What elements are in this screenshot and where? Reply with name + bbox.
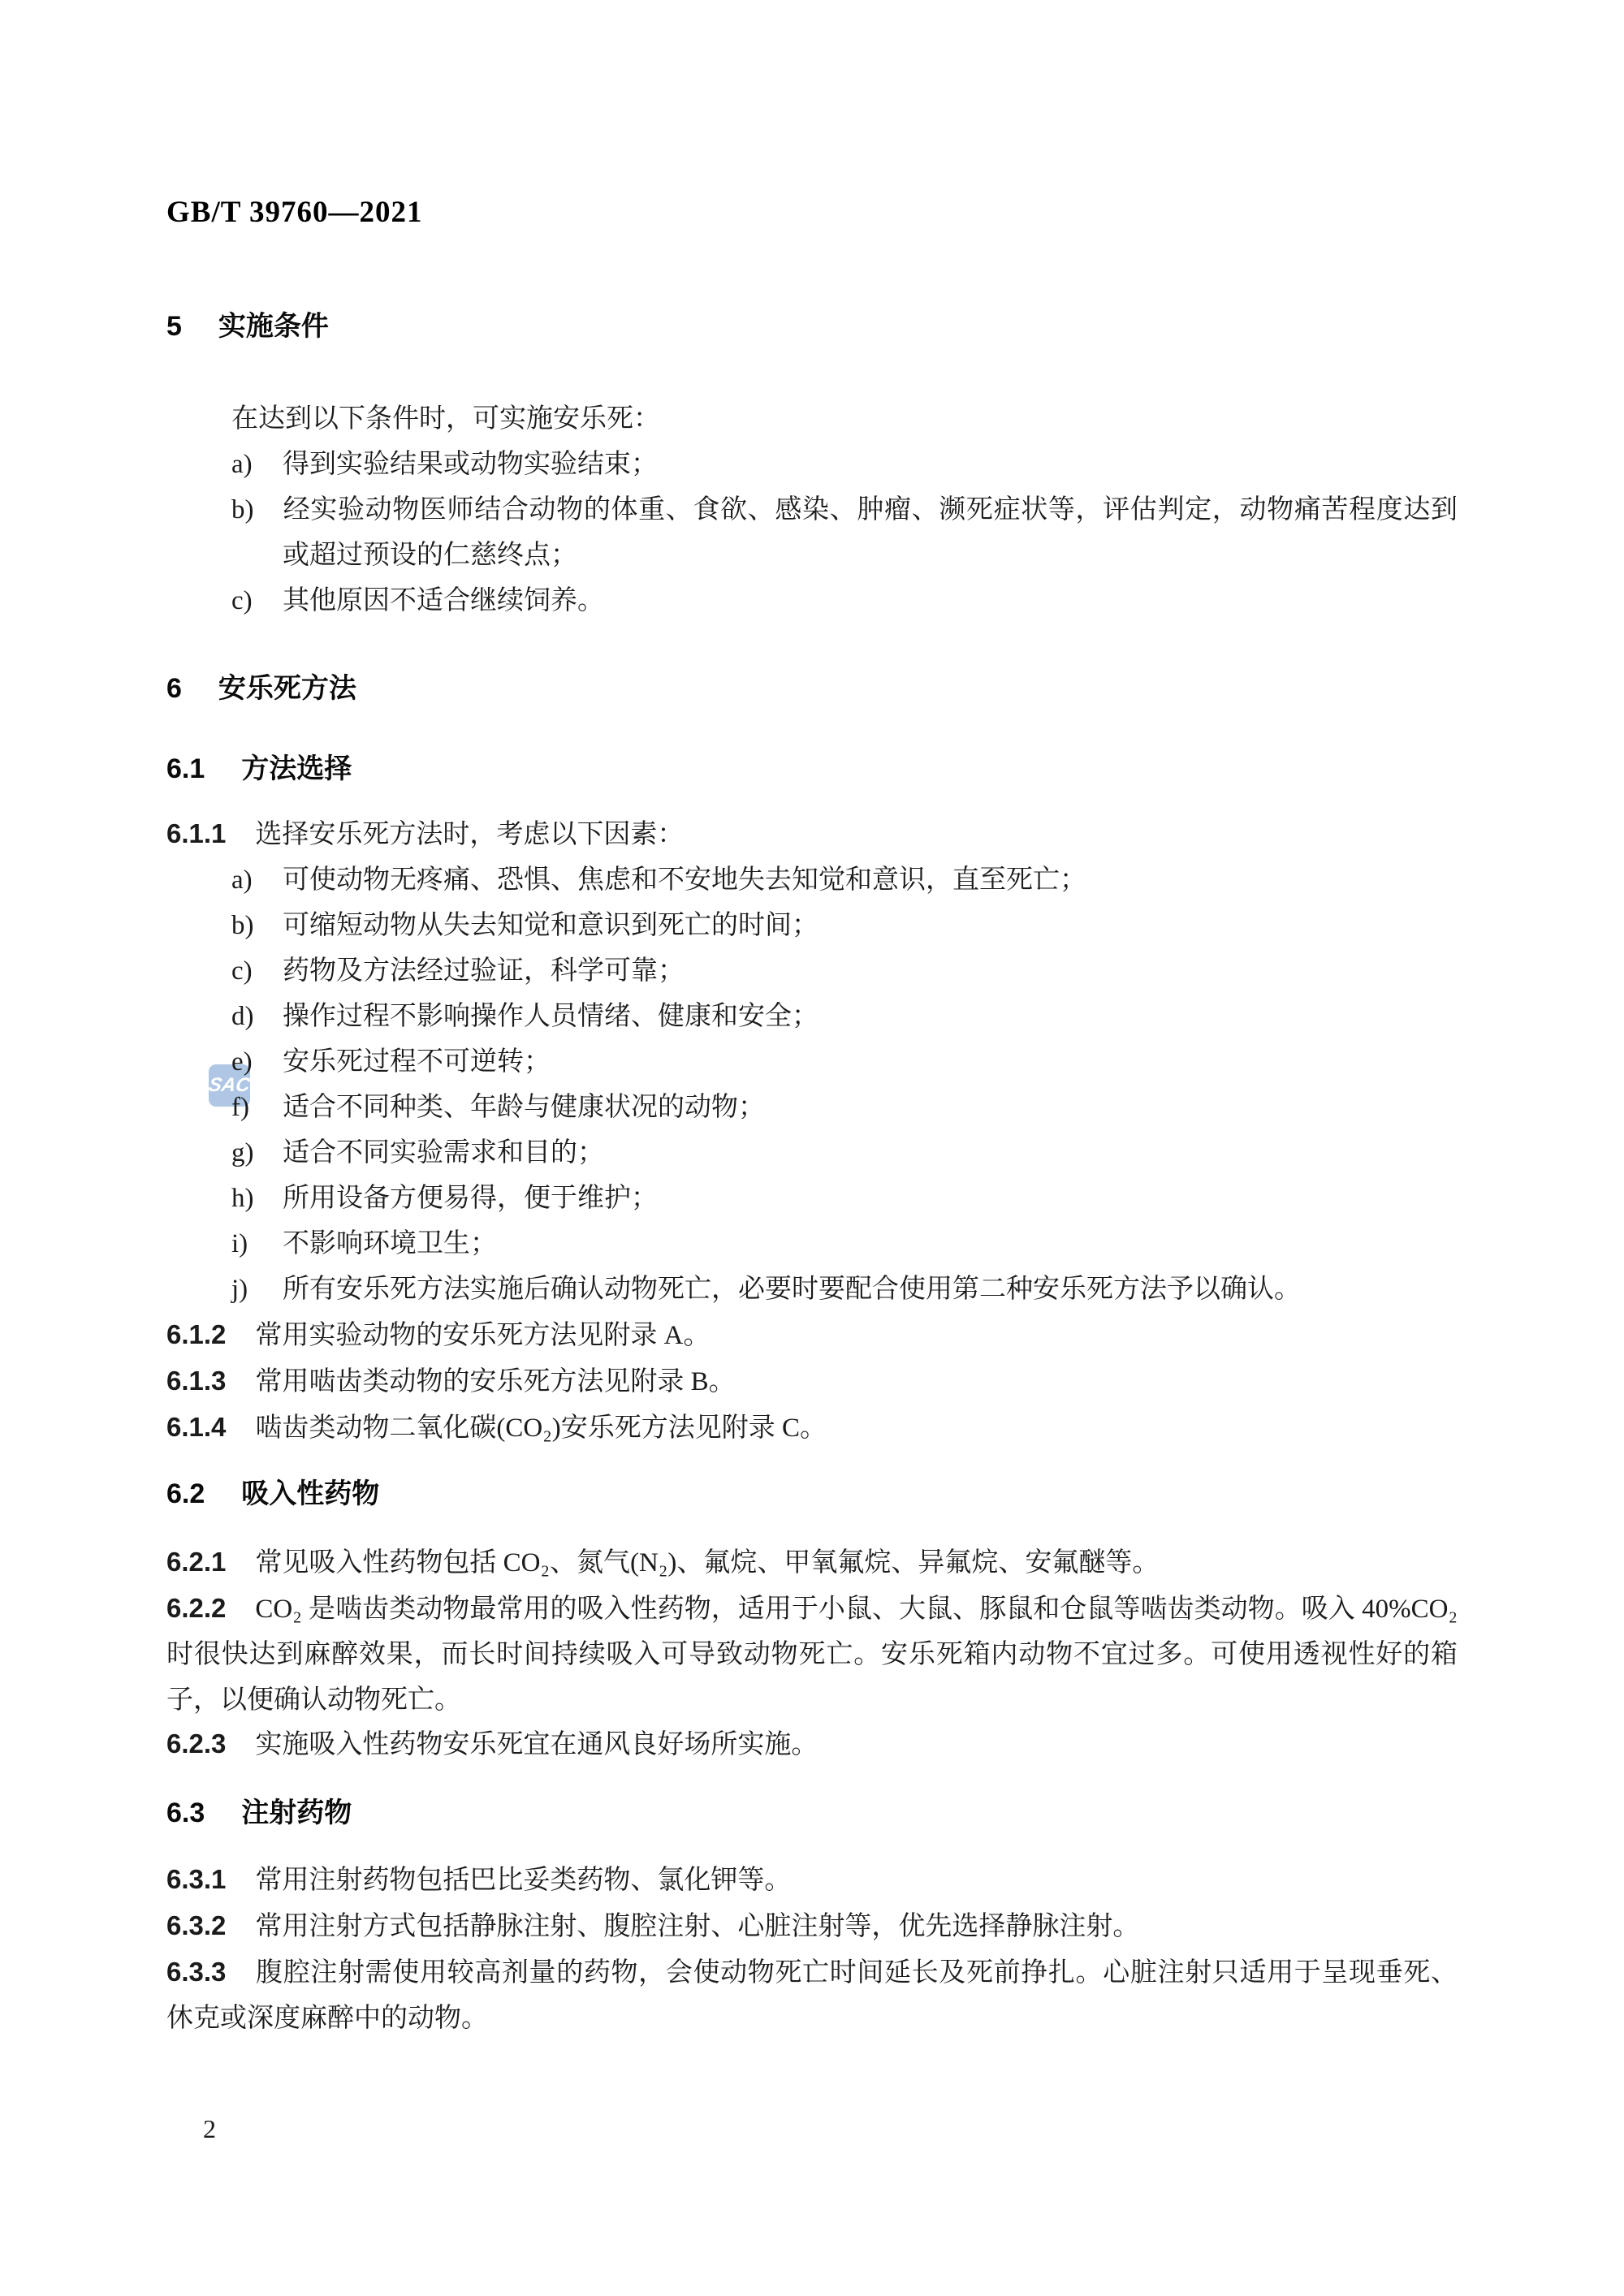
clause-number: 6.3.3 <box>166 1957 226 1987</box>
list-item-611g: g)适合不同实验需求和目的； <box>166 1130 1458 1176</box>
clause-text: 常用实验动物的安乐死方法见附录 A。 <box>255 1321 710 1350</box>
list-item-5c: c)其他原因不适合继续饲养。 <box>166 578 1458 624</box>
list-item-611h: h)所用设备方便易得，便于维护； <box>166 1176 1458 1221</box>
section-6-3-heading: 6.3注射药物 <box>166 1799 352 1827</box>
list-item-611c: c)药物及方法经过验证，科学可靠； <box>166 948 1458 994</box>
section-5-heading: 5实施条件 <box>166 313 329 340</box>
clause-6-2-1: 6.2.1常见吸入性药物包括 CO₂、氮气(N₂)、氟烷、甲氧氟烷、异氟烷、安氟… <box>166 1539 1458 1586</box>
clause-text: 常见吸入性药物包括 CO₂、氮气(N₂)、氟烷、甲氧氟烷、异氟烷、安氟醚等。 <box>255 1548 1159 1577</box>
list-item-611j: j)所有安乐死方法实施后确认动物死亡，必要时要配合使用第二种安乐死方法予以确认。 <box>166 1267 1458 1312</box>
section-5-title: 实施条件 <box>218 311 329 342</box>
section-6-1-body: 6.1.1选择安乐死方法时，考虑以下因素： a)可使动物无疼痛、恐惧、焦虑和不安… <box>166 811 1458 1451</box>
section-6-2-3-block: 6.2.3实施吸入性药物安乐死宜在通风良好场所实施。 <box>166 1721 1458 1767</box>
list-item-611b: b)可缩短动物从失去知觉和意识到死亡的时间； <box>166 903 1458 948</box>
section-6-3-body: 6.3.1常用注射药物包括巴比妥类药物、氯化钾等。 6.3.2常用注射方式包括静… <box>166 1857 1458 2041</box>
section-6-3-title: 注射药物 <box>241 1798 352 1828</box>
clause-6-1-4: 6.1.4啮齿类动物二氧化碳(CO₂)安乐死方法见附录 C。 <box>166 1405 1458 1451</box>
list-label: d) <box>231 994 283 1039</box>
clause-6-3-2: 6.3.2常用注射方式包括静脉注射、腹腔注射、心脏注射等，优先选择静脉注射。 <box>166 1903 1458 1949</box>
clause-text: 选择安乐死方法时，考虑以下因素： <box>255 820 684 849</box>
clause-text: 啮齿类动物二氧化碳(CO₂)安乐死方法见附录 C。 <box>255 1413 827 1443</box>
clause-text: 常用注射药物包括巴比妥类药物、氯化钾等。 <box>255 1866 791 1895</box>
list-label: e) <box>231 1039 283 1085</box>
clause-text: 实施吸入性药物安乐死宜在通风良好场所实施。 <box>255 1730 818 1759</box>
list-label: h) <box>231 1176 283 1221</box>
list-item-611f: f)适合不同种类、年龄与健康状况的动物； <box>166 1085 1458 1130</box>
section-6-number: 6 <box>166 673 182 704</box>
list-label: c) <box>231 578 283 624</box>
clause-number: 6.1.4 <box>166 1412 226 1442</box>
list-item-611a: a)可使动物无疼痛、恐惧、焦虑和不安地失去知觉和意识，直至死亡； <box>166 857 1458 903</box>
list-label: i) <box>231 1221 283 1267</box>
list-text: 可缩短动物从失去知觉和意识到死亡的时间； <box>283 911 818 940</box>
section-6-2-body: 6.2.1常见吸入性药物包括 CO₂、氮气(N₂)、氟烷、甲氧氟烷、异氟烷、安氟… <box>166 1539 1458 1723</box>
list-label: f) <box>231 1085 283 1130</box>
section-6-1-title: 方法选择 <box>241 753 352 784</box>
list-text: 药物及方法经过验证，科学可靠； <box>283 956 685 986</box>
list-text: 可使动物无疼痛、恐惧、焦虑和不安地失去知觉和意识，直至死亡； <box>283 865 1086 895</box>
list-item-5a: a)得到实验结果或动物实验结束； <box>166 442 1458 487</box>
clause-6-1-2: 6.1.2常用实验动物的安乐死方法见附录 A。 <box>166 1312 1458 1358</box>
section-6-1-heading: 6.1方法选择 <box>166 755 352 783</box>
list-text: 适合不同种类、年龄与健康状况的动物； <box>283 1093 765 1122</box>
section-5-body: 在达到以下条件时，可实施安乐死： a)得到实验结果或动物实验结束； b)经实验动… <box>166 396 1458 624</box>
list-text: 其他原因不适合继续饲养。 <box>283 586 604 615</box>
list-label: b) <box>231 487 283 533</box>
list-item-611d: d)操作过程不影响操作人员情绪、健康和安全； <box>166 994 1458 1039</box>
clause-6-1-3: 6.1.3常用啮齿类动物的安乐死方法见附录 B。 <box>166 1358 1458 1405</box>
clause-number: 6.1.1 <box>166 818 226 848</box>
clause-number: 6.2.1 <box>166 1547 226 1577</box>
list-text: 经实验动物医师结合动物的体重、食欲、感染、肿瘤、濒死症状等，评估判定，动物痛苦程… <box>283 495 1458 570</box>
section-6-heading: 6安乐死方法 <box>166 675 356 702</box>
clause-text: CO₂ 是啮齿类动物最常用的吸入性药物，适用于小鼠、大鼠、豚鼠和仓鼠等啮齿类动物… <box>166 1595 1458 1715</box>
list-text: 不影响环境卫生； <box>283 1229 497 1258</box>
list-label: j) <box>231 1267 283 1312</box>
clause-number: 6.1.3 <box>166 1366 226 1396</box>
section-6-2-title: 吸入性药物 <box>241 1478 379 1509</box>
clause-number: 6.3.1 <box>166 1864 226 1894</box>
clause-number: 6.2.3 <box>166 1728 226 1759</box>
list-label: a) <box>231 857 283 903</box>
list-label: a) <box>231 442 283 487</box>
clause-6-3-1: 6.3.1常用注射药物包括巴比妥类药物、氯化钾等。 <box>166 1857 1458 1903</box>
clause-number: 6.3.2 <box>166 1910 226 1940</box>
list-item-5b: b)经实验动物医师结合动物的体重、食欲、感染、肿瘤、濒死症状等，评估判定，动物痛… <box>166 487 1458 578</box>
clause-text: 常用注射方式包括静脉注射、腹腔注射、心脏注射等，优先选择静脉注射。 <box>255 1912 1139 1941</box>
page-number: 2 <box>203 2106 216 2151</box>
list-text: 适合不同实验需求和目的； <box>283 1138 604 1167</box>
document-page: GB/T 39760—2021 SAC 5实施条件 在达到以下条件时，可实施安乐… <box>0 0 1624 2296</box>
clause-5-intro: 在达到以下条件时，可实施安乐死： <box>166 396 1458 442</box>
clause-number: 6.2.2 <box>166 1593 226 1623</box>
section-6-2-number: 6.2 <box>166 1478 205 1509</box>
clause-6-1-1: 6.1.1选择安乐死方法时，考虑以下因素： <box>166 811 1458 857</box>
list-item-611i: i)不影响环境卫生； <box>166 1221 1458 1267</box>
clause-text: 腹腔注射需使用较高剂量的药物，会使动物死亡时间延长及死前挣扎。心脏注射只适用于呈… <box>166 1958 1458 2033</box>
list-label: g) <box>231 1130 283 1176</box>
list-text: 所有安乐死方法实施后确认动物死亡，必要时要配合使用第二种安乐死方法予以确认。 <box>283 1275 1301 1304</box>
section-6-2-heading: 6.2吸入性药物 <box>166 1480 379 1508</box>
list-text: 操作过程不影响操作人员情绪、健康和安全； <box>283 1002 818 1031</box>
list-item-611e: e)安乐死过程不可逆转； <box>166 1039 1458 1085</box>
clause-text: 常用啮齿类动物的安乐死方法见附录 B。 <box>255 1367 735 1396</box>
section-6-1-number: 6.1 <box>166 753 205 784</box>
document-code: GB/T 39760—2021 <box>166 195 423 230</box>
clause-number: 6.1.2 <box>166 1319 226 1349</box>
clause-6-3-3: 6.3.3腹腔注射需使用较高剂量的药物，会使动物死亡时间延长及死前挣扎。心脏注射… <box>166 1949 1458 2041</box>
clause-6-2-3: 6.2.3实施吸入性药物安乐死宜在通风良好场所实施。 <box>166 1721 1458 1767</box>
list-label: b) <box>231 903 283 948</box>
section-6-3-number: 6.3 <box>166 1798 205 1828</box>
section-5-number: 5 <box>166 311 182 342</box>
clause-6-2-2: 6.2.2CO₂ 是啮齿类动物最常用的吸入性药物，适用于小鼠、大鼠、豚鼠和仓鼠等… <box>166 1586 1458 1723</box>
list-text: 安乐死过程不可逆转； <box>283 1047 551 1077</box>
section-6-title: 安乐死方法 <box>218 673 356 704</box>
list-text: 得到实验结果或动物实验结束； <box>283 450 658 479</box>
list-text: 所用设备方便易得，便于维护； <box>283 1184 658 1213</box>
list-label: c) <box>231 948 283 994</box>
